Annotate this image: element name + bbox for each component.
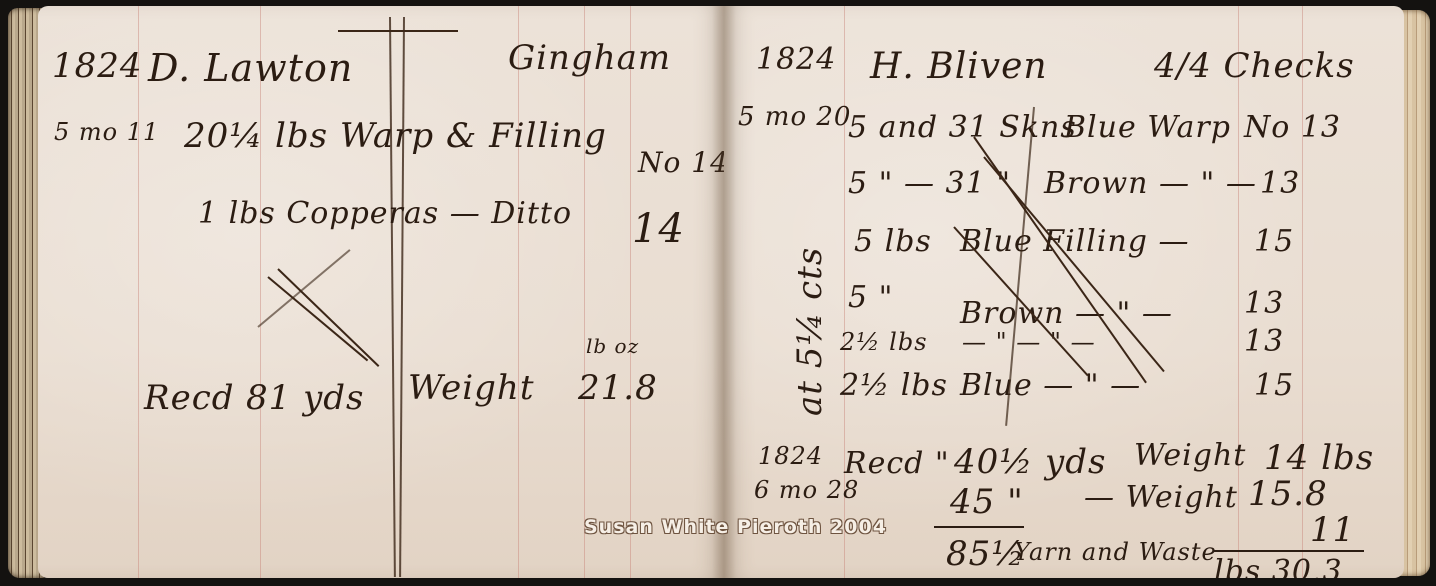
entry-qty: 2½ lbs	[840, 328, 928, 356]
right-page: 1824 H. Bliven 4/4 Checks 5 mo 20 at 5¼ …	[724, 6, 1404, 578]
entry-desc: Brown — " —	[1044, 166, 1257, 201]
ink-line	[338, 30, 458, 32]
entry-qty: 5 "	[848, 280, 893, 315]
weight-label: Weight	[408, 368, 535, 408]
rule-line	[260, 6, 261, 578]
weight-label: — Weight	[1084, 480, 1238, 515]
customer-name: H. Bliven	[870, 46, 1048, 87]
total-value: lbs 30.3	[1214, 554, 1343, 578]
entry-price: 14	[632, 206, 685, 252]
sum-line	[1214, 550, 1364, 552]
rule-line	[630, 6, 631, 578]
scribble-mark	[257, 249, 350, 328]
weight-label: Weight	[1134, 438, 1246, 473]
product-name: Gingham	[508, 38, 671, 78]
entry-desc: Blue Warp	[1064, 110, 1231, 145]
rule-line	[584, 6, 585, 578]
ledger-year: 1824	[52, 46, 143, 86]
product-name: 4/4 Checks	[1154, 46, 1355, 86]
entry-qty: 5 lbs	[854, 224, 932, 259]
entry-price: 13	[1244, 286, 1284, 321]
entry-desc: — " — " —	[962, 328, 1096, 356]
entry-desc: Brown — " —	[960, 296, 1173, 331]
ledger-year: 1824	[756, 42, 836, 77]
total-note: Yarn and Waste	[1014, 538, 1217, 566]
entry-price: No 13	[1244, 110, 1341, 145]
scribble-mark	[277, 268, 379, 367]
ink-line	[389, 17, 396, 577]
received-label: Recd	[144, 378, 235, 418]
weight-value: 21.8	[578, 368, 658, 408]
received-amount: 45 "	[950, 482, 1024, 522]
rate-note: at 5¼ cts	[790, 247, 830, 416]
entry-text: 20¼ lbs Warp & Filling	[184, 116, 607, 156]
received-label: Recd "	[844, 446, 950, 481]
entry-desc: Blue — " —	[960, 368, 1141, 403]
scribble-mark	[267, 276, 368, 361]
copyright-watermark: Susan White Pieroth 2004	[584, 516, 887, 538]
rule-line	[138, 6, 139, 578]
entry-qty: 2½ lbs	[840, 368, 948, 403]
weight-value: 14 lbs	[1264, 438, 1374, 478]
weight-value: 15.8	[1248, 474, 1328, 514]
entry-text: 1 lbs Copperas — Ditto	[198, 196, 572, 231]
total-extra: 11	[1310, 510, 1355, 550]
received-amount: 40½ yds	[954, 442, 1106, 482]
rule-line	[518, 6, 519, 578]
entry-qty: 5 " — 31 "	[848, 166, 1011, 201]
book-gutter	[712, 6, 736, 578]
sum-line	[934, 526, 1024, 528]
ledger-book: 1824 D. Lawton Gingham 5 mo 11 20¼ lbs W…	[0, 0, 1436, 586]
left-page: 1824 D. Lawton Gingham 5 mo 11 20¼ lbs W…	[38, 6, 724, 578]
entry-price: 15	[1254, 368, 1294, 403]
rule-line	[1238, 6, 1239, 578]
entry-price: 13	[1260, 166, 1300, 201]
received-year: 1824	[758, 442, 823, 470]
entry-price: 15	[1254, 224, 1294, 259]
ink-line	[399, 17, 405, 577]
received-amount: 81 yds	[246, 378, 365, 418]
customer-name: D. Lawton	[148, 46, 353, 90]
entry-date: 5 mo 20	[738, 102, 851, 132]
entry-price: 13	[1244, 324, 1284, 359]
entry-date: 5 mo 11	[54, 118, 159, 146]
entry-qty: 5 and 31 Skns	[848, 110, 1077, 145]
entry-desc: Blue Filling —	[960, 224, 1190, 259]
weight-units: lb oz	[586, 334, 639, 358]
